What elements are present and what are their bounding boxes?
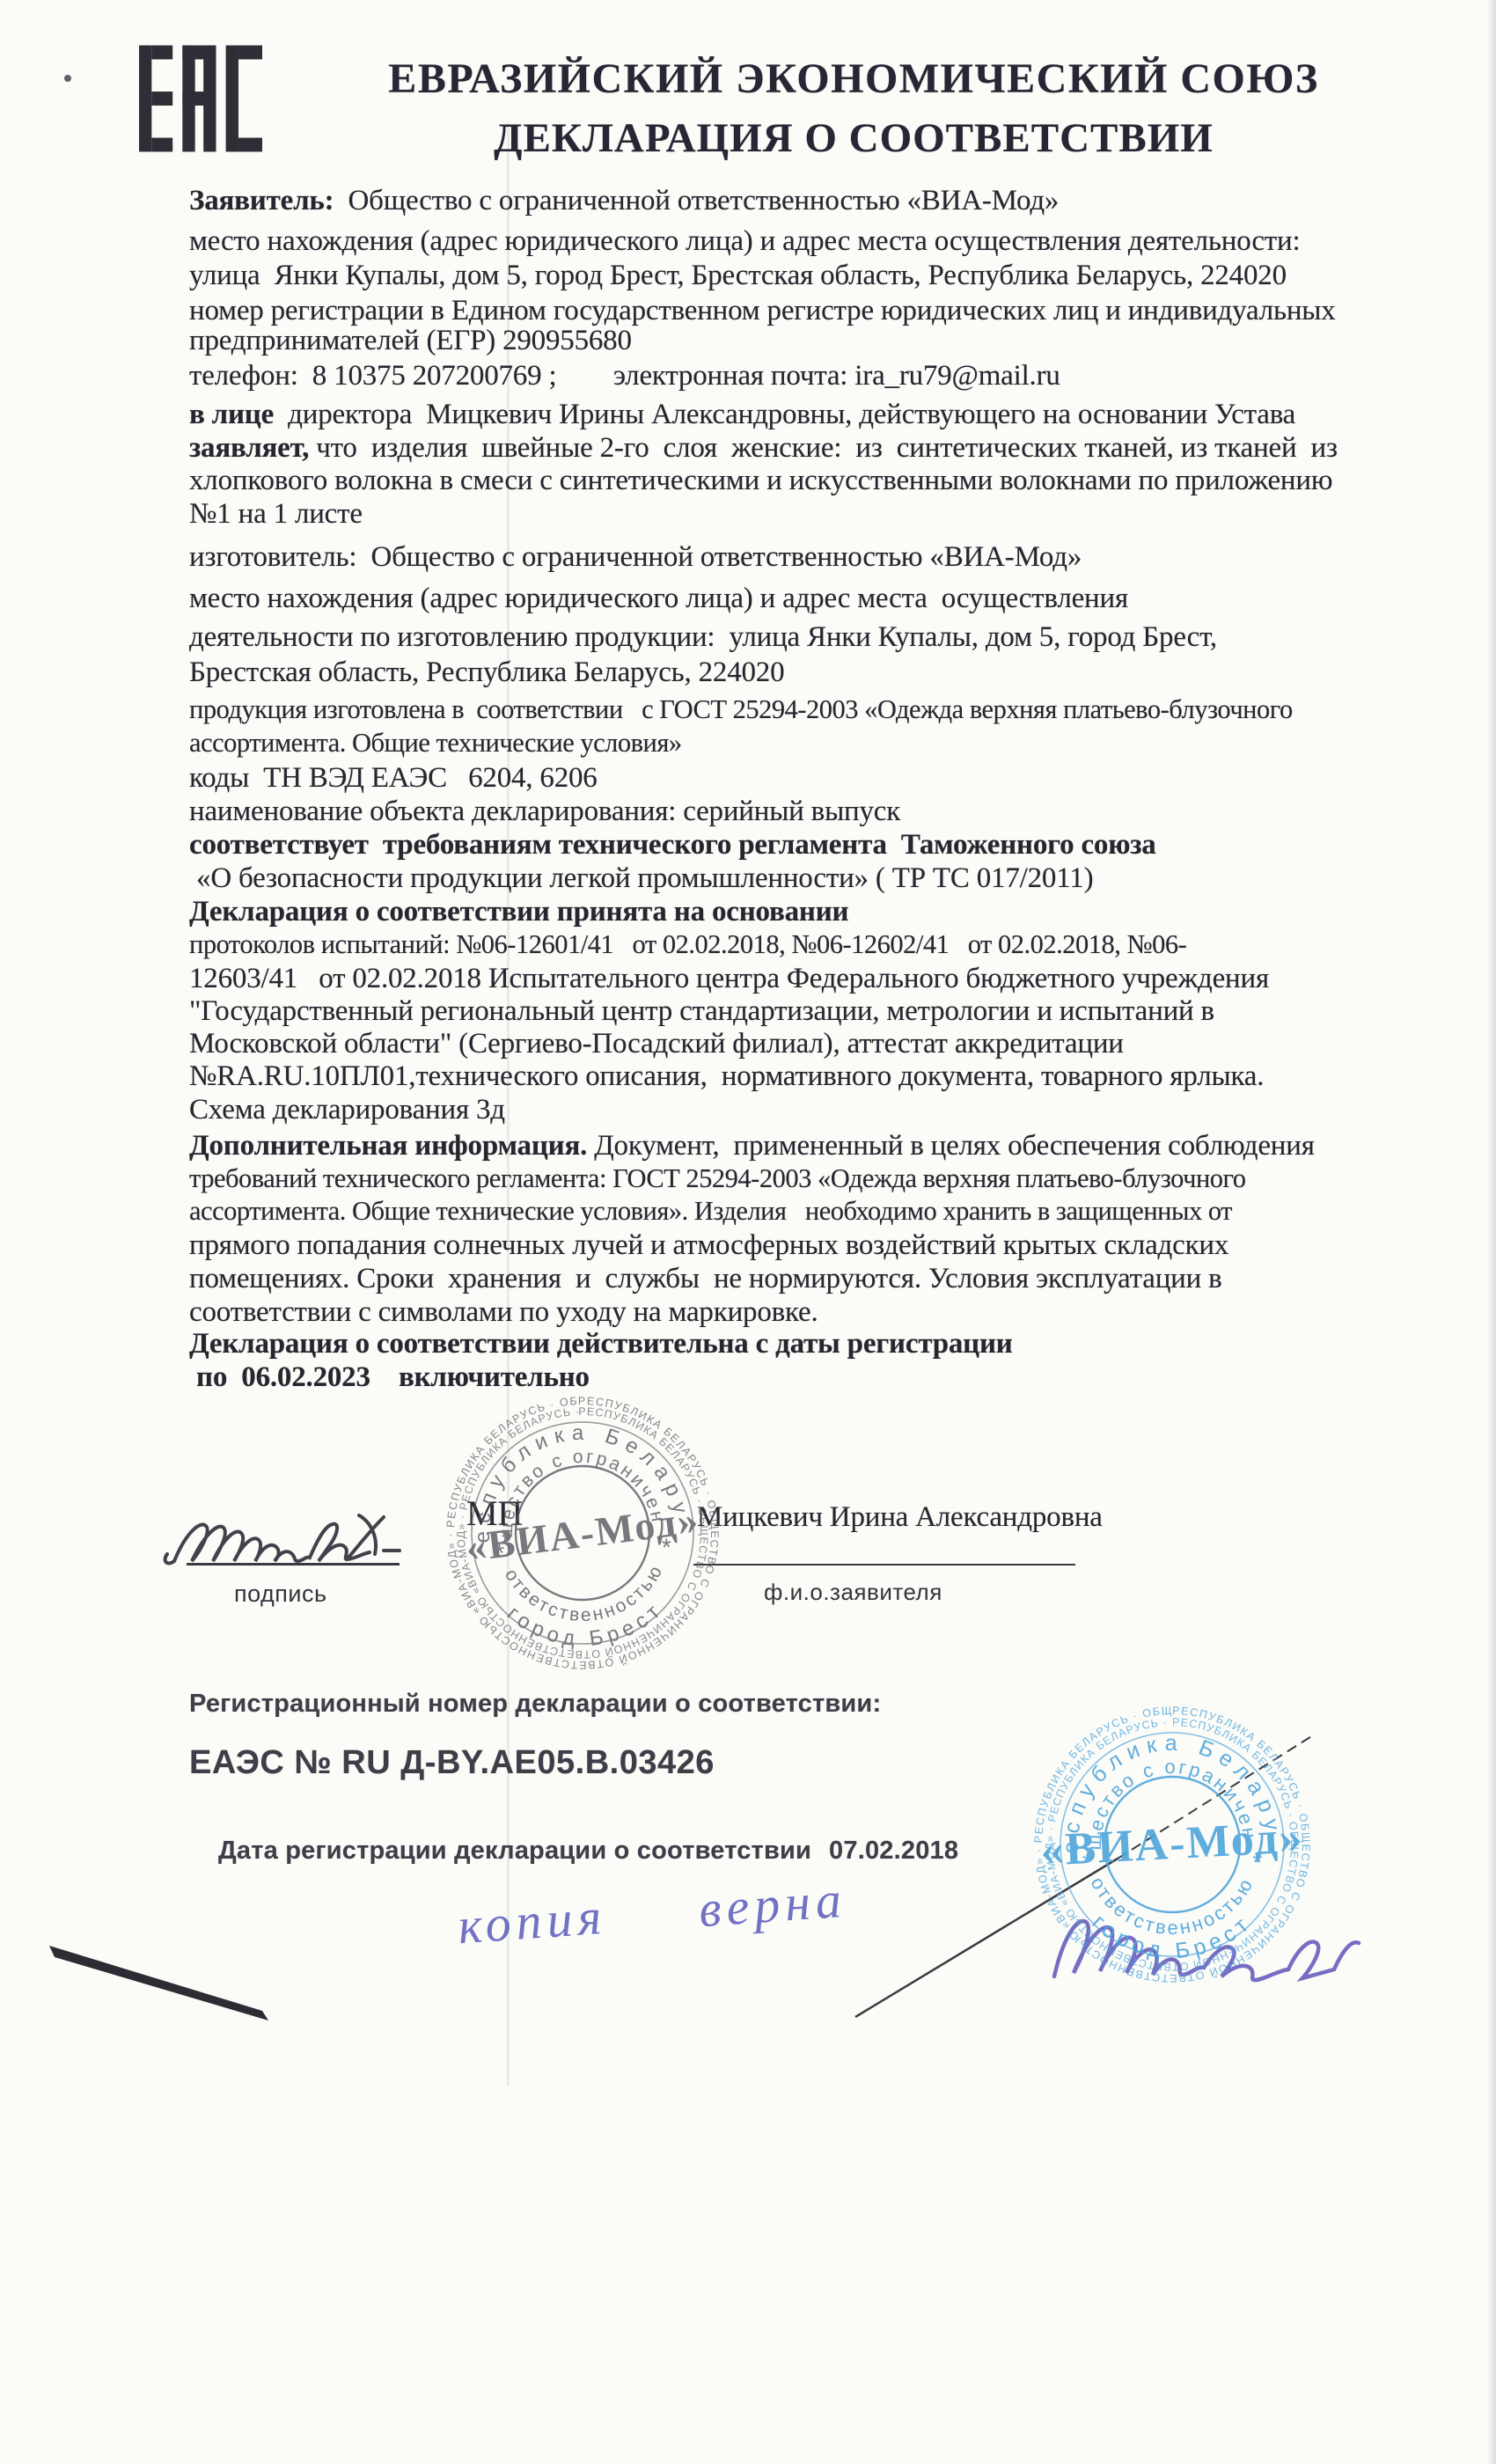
handwritten-signature-blue xyxy=(1054,1921,1359,1980)
svg-text:«ВИА-Мод»: «ВИА-Мод» xyxy=(1039,1812,1305,1876)
scan-dot-artifact xyxy=(64,75,71,82)
document-text-line: телефон: 8 10375 207200769 ; электронная… xyxy=(189,362,1060,391)
mp-seal-label: МП xyxy=(466,1496,523,1531)
svg-text:город Брест: город Брест xyxy=(502,1596,669,1654)
svg-text:*: * xyxy=(1252,1849,1262,1876)
scan-edge-shadow xyxy=(1487,0,1496,2464)
pen-stroke-artifact xyxy=(49,1946,268,2020)
document-text-line: Схема декларирования 3д xyxy=(189,1096,505,1125)
document-text-line: место нахождения (адрес юридического лиц… xyxy=(189,584,1128,613)
svg-text:ответственностью: ответственностью xyxy=(500,1560,669,1629)
document-text-line: место нахождения (адрес юридического лиц… xyxy=(189,227,1300,256)
document-text-line: №RA.RU.10ПЛ01,технического описания, нор… xyxy=(189,1062,1264,1091)
document-text-line: продукция изготовлена в соответствии с Г… xyxy=(189,696,1293,723)
document-text-line: наименование объекта декларирования: сер… xyxy=(189,797,900,826)
document-text-line: требований технического регламента: ГОСТ… xyxy=(189,1165,1246,1192)
document-text-line: Декларация о соответствии принята на осн… xyxy=(189,898,848,927)
document-text-line: соответствии с символами по уходу на мар… xyxy=(189,1298,818,1327)
document-text-line: №1 на 1 листе xyxy=(189,500,363,529)
document-header: ЕВРАЗИЙСКИЙ ЭКОНОМИЧЕСКИЙ СОЮЗ ДЕКЛАРАЦИ… xyxy=(352,55,1355,162)
document-text-line: помещениях. Сроки хранения и службы не н… xyxy=(189,1265,1222,1294)
eac-mark-logo xyxy=(139,32,262,165)
union-title: ЕВРАЗИЙСКИЙ ЭКОНОМИЧЕСКИЙ СОЮЗ xyxy=(352,55,1355,103)
document-text-line: Декларация о соответствии действительна … xyxy=(189,1330,1013,1359)
registration-date-value: 07.02.2018 xyxy=(829,1837,958,1865)
handwritten-signature-black xyxy=(165,1515,400,1563)
document-text-line: Дополнительная информация. Документ, при… xyxy=(189,1132,1315,1161)
document-text-line: улица Янки Купалы, дом 5, город Брест, Б… xyxy=(189,261,1287,290)
document-text-line: предпринимателей (ЕГР) 290955680 xyxy=(189,326,632,356)
svg-text:город Брест: город Брест xyxy=(1088,1910,1258,1963)
document-text-line: соответствует требованиям технического р… xyxy=(189,831,1156,860)
document-text-line: заявляет, что изделия швейные 2-го слоя … xyxy=(189,434,1338,463)
document-text-line: ассортимента. Общие технические условия»… xyxy=(189,1198,1232,1225)
document-text-line: "Государственный региональный центр стан… xyxy=(189,997,1214,1026)
document-text-line: Брестская область, Республика Беларусь, … xyxy=(189,658,784,687)
document-text-line: Московской области" (Сергиево-Посадский … xyxy=(189,1030,1124,1059)
document-text-line: коды ТН ВЭД ЕАЭС 6204, 6206 xyxy=(189,764,598,793)
registration-number-value: ЕАЭС № RU Д-BY.АЕ05.В.03426 xyxy=(189,1744,715,1782)
svg-text:*: * xyxy=(1082,1849,1092,1876)
document-text-line: в лице директора Мицкевич Ирины Александ… xyxy=(189,400,1295,429)
fio-caption: ф.и.о.заявителя xyxy=(764,1579,942,1606)
document-text-line: изготовитель: Общество с ограниченной от… xyxy=(189,543,1082,572)
document-text-line: по 06.02.2023 включительно xyxy=(189,1363,590,1392)
registration-date-caption: Дата регистрации декларации о соответств… xyxy=(218,1837,811,1865)
signature-underline xyxy=(187,1563,400,1566)
document-title: ДЕКЛАРАЦИЯ О СООТВЕТСТВИИ xyxy=(352,114,1355,162)
svg-text:*: * xyxy=(495,1539,505,1566)
svg-text:ответственностью: ответственностью xyxy=(1086,1873,1258,1939)
document-text-line: Заявитель: Общество с ограниченной ответ… xyxy=(189,187,1059,216)
scanned-declaration-page: ЕВРАЗИЙСКИЙ ЭКОНОМИЧЕСКИЙ СОЮЗ ДЕКЛАРАЦИ… xyxy=(0,0,1496,2464)
document-text-line: хлопкового волокна в смеси с синтетическ… xyxy=(189,466,1332,495)
document-text-line: «О безопасности продукции легкой промышл… xyxy=(189,864,1093,893)
svg-text:*: * xyxy=(662,1534,672,1561)
signature-caption: подпись xyxy=(234,1580,327,1608)
registration-number-caption: Регистрационный номер декларации о соотв… xyxy=(189,1690,881,1719)
document-text-line: протоколов испытаний: №06-12601/41 от 02… xyxy=(189,931,1186,958)
applicant-fio-name: Мицкевич Ирина Александровна xyxy=(697,1503,1103,1532)
document-text-line: деятельности по изготовлению продукции: … xyxy=(189,623,1217,652)
document-text-line: 12603/41 от 02.02.2018 Испытательного це… xyxy=(189,964,1269,994)
document-text-line: номер регистрации в Едином государственн… xyxy=(189,297,1336,326)
document-text-line: прямого попадания солнечных лучей и атмо… xyxy=(189,1231,1228,1260)
fio-underline xyxy=(693,1564,1075,1566)
document-text-line: ассортимента. Общие технические условия» xyxy=(189,730,682,757)
